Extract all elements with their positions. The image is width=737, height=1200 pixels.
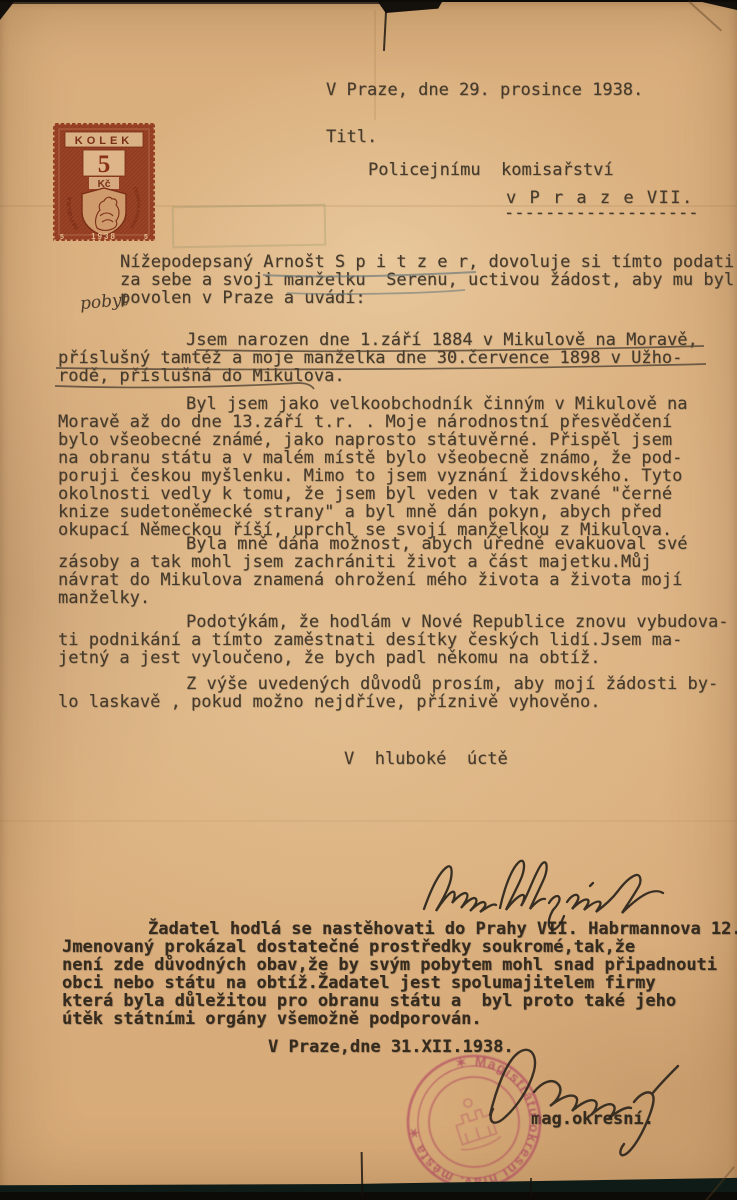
addressee-underline: ------------------- bbox=[504, 204, 698, 222]
stamp-value: 5 bbox=[98, 151, 111, 178]
seal-ring-text: ✶ Magistrátu okresní hlav. města ✶ bbox=[398, 1046, 550, 1198]
addressee-office: Policejnímu komisařství bbox=[368, 161, 614, 179]
date-line: V Praze, dne 29. prosince 1938. bbox=[326, 81, 643, 99]
tear-mark-top-right bbox=[702, 2, 737, 10]
paragraph-request: Z výše uvedených důvodů prosím, aby mojí… bbox=[58, 675, 718, 711]
stamp-year: 1938 bbox=[91, 232, 117, 241]
revenue-stamp: KOLEK 5 Kč REPUBLIKA ČESKOSLOVENSKÁ 1938… bbox=[52, 122, 156, 242]
edge-shadow-top bbox=[0, 2, 380, 4]
paragraph-intro: Nížepodepsaný Arnošt S p i t z e r, dovo… bbox=[120, 253, 734, 307]
round-official-seal: ✶ Magistrátu okresní hlav. města ✶ bbox=[398, 1046, 550, 1198]
stamp-corner-value-left: 5 bbox=[60, 234, 64, 241]
handwritten-margin-note: pobyt bbox=[79, 291, 129, 313]
seal-center-emblem bbox=[447, 1093, 502, 1153]
tear-mark-top-middle bbox=[378, 2, 442, 13]
svg-text:✶ Magistrátu okresní hlav. měs: ✶ Magistrátu okresní hlav. města ✶ bbox=[398, 1046, 550, 1198]
tear-mark-top-left bbox=[0, 2, 14, 20]
stamp-corner-value-right: 5 bbox=[144, 234, 148, 241]
crack-line-bottom-right bbox=[530, 1178, 532, 1196]
faint-stamp-outline bbox=[172, 204, 327, 249]
fold-line-top-right bbox=[688, 1, 722, 32]
crack-line-bottom-center bbox=[361, 1152, 364, 1196]
paragraph-birth-statement: Jsem narozen dne 1.září 1884 v Mikulově … bbox=[58, 331, 698, 385]
paper-sheet: KOLEK 5 Kč REPUBLIKA ČESKOSLOVENSKÁ 1938… bbox=[0, 2, 737, 1192]
fold-crease-horizontal bbox=[0, 820, 737, 822]
paragraph-history: Byl jsem jako velkoobchodník činným v Mi… bbox=[58, 395, 688, 539]
crack-line-top bbox=[383, 11, 387, 51]
scanned-document: KOLEK 5 Kč REPUBLIKA ČESKOSLOVENSKÁ 1938… bbox=[0, 0, 737, 1200]
paragraph-evacuation: Byla mně dána možnost, abych úředně evak… bbox=[58, 535, 688, 607]
paragraph-official-note: Žadatel hodlá se nastěhovati do Prahy VI… bbox=[62, 920, 737, 1028]
paragraph-plans: Podotýkám, že hodlám v Nové Republice zn… bbox=[58, 613, 728, 667]
stamp-kolek-label: KOLEK bbox=[75, 135, 134, 147]
salutation: Titl. bbox=[326, 128, 377, 146]
closing-formula: V hluboké úctě bbox=[344, 750, 508, 768]
fold-crease-vertical bbox=[374, 10, 376, 120]
edge-strip-bottom bbox=[0, 1176, 737, 1192]
